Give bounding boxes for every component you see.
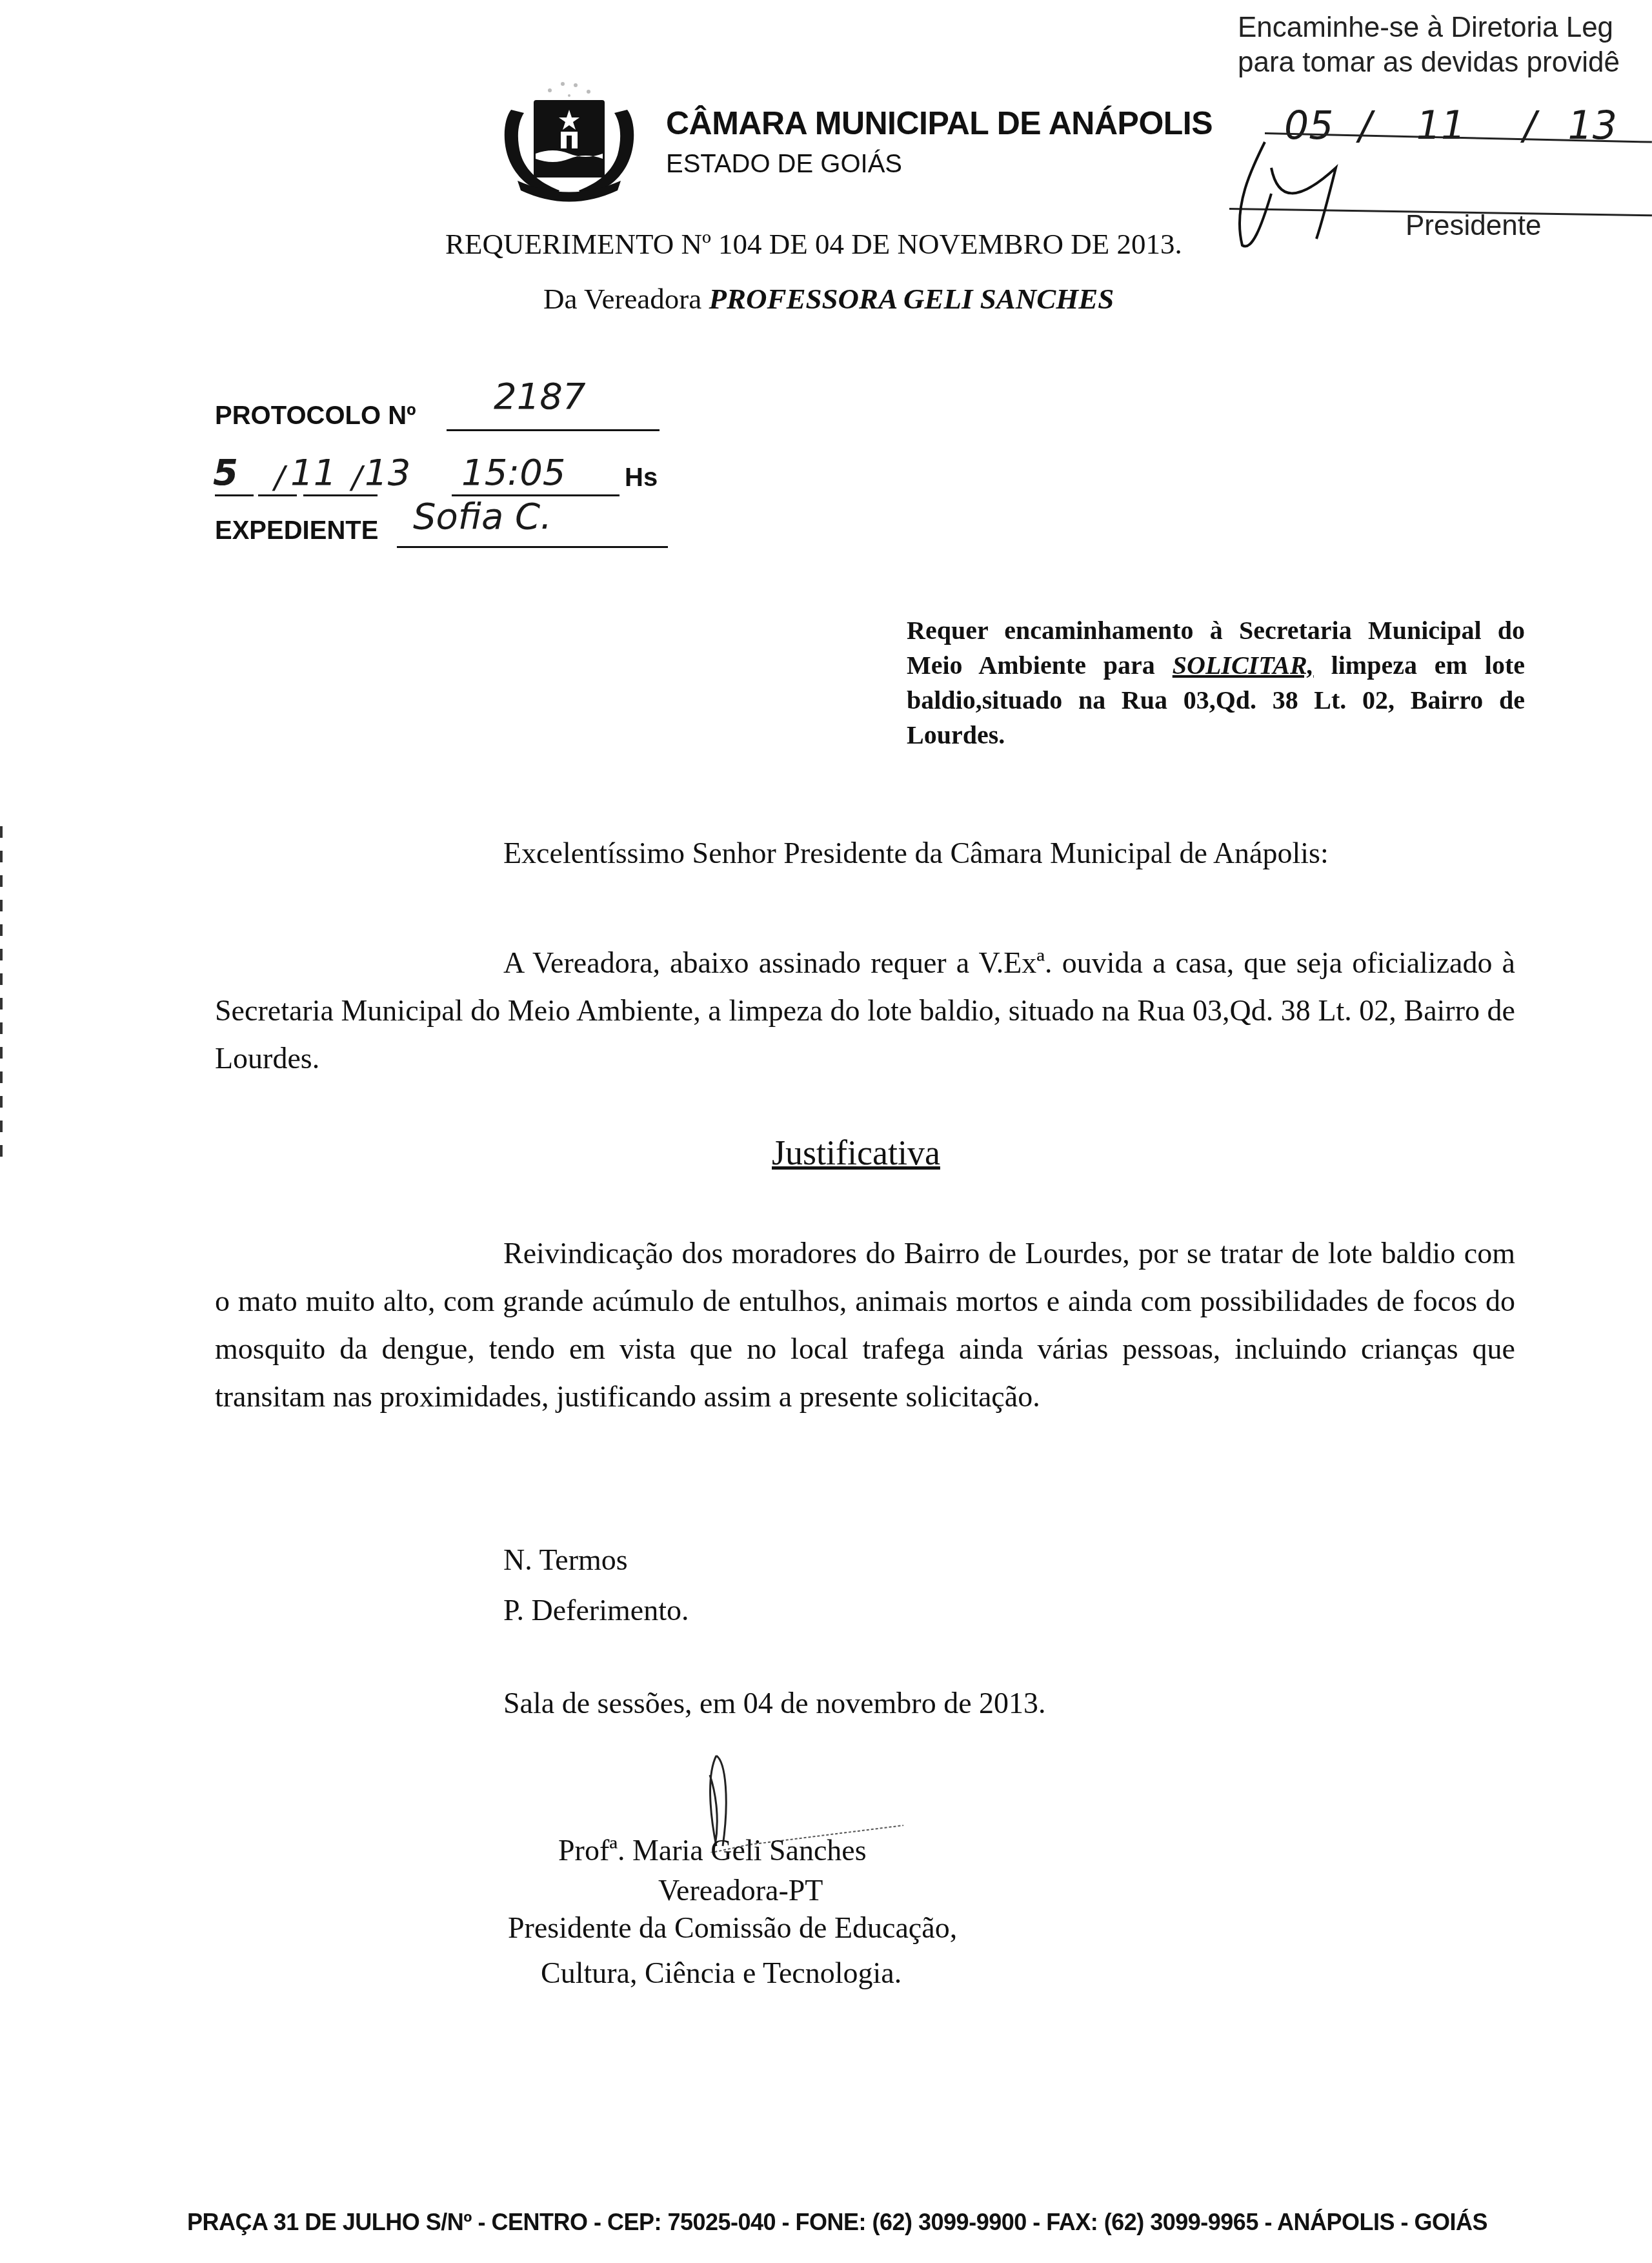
president-signature-icon [1226,129,1394,258]
stamp-role-label: Presidente [1405,210,1541,242]
greeting: Excelentíssimo Senhor Presidente da Câma… [503,836,1329,870]
document-title: REQUERIMENTO Nº 104 DE 04 DE NOVEMBRO DE… [445,227,1182,261]
author-prefix: Da Vereadora [543,283,709,315]
protocol-time-value: 15:05 [461,452,565,494]
protocol-date-day: 5 [213,452,238,494]
expediente-value: Sofia C. [413,496,552,538]
expediente-label: EXPEDIENTE [215,516,378,545]
author-name: PROFESSORA GELI SANCHES [709,283,1114,315]
organization-name: CÂMARA MUNICIPAL DE ANÁPOLIS [666,105,1213,142]
signatory-name: Profª. Maria Geli Sanches [558,1833,867,1867]
protocol-date-line-day [215,494,254,496]
protocol-date-sep2: / [352,460,362,496]
protocol-number-value: 2187 [494,376,586,418]
dispatch-stamp-line2: para tomar as devidas providê [1238,46,1620,79]
coat-of-arms-logo [498,65,640,213]
footer-address: PRAÇA 31 DE JULHO S/Nº - CENTRO - CEP: 7… [187,2209,1487,2236]
expediente-line [397,546,668,548]
closing-deferment: P. Deferimento. [503,1593,689,1627]
dispatch-date-month: 11 [1416,103,1466,148]
ementa-emphasis: SOLICITAR, [1173,651,1314,680]
signatory-role: Vereadora-PT [658,1873,823,1907]
coat-of-arms-icon [498,65,640,213]
justification-paragraph: Reivindicação dos moradores do Bairro de… [215,1230,1515,1421]
protocol-time-suffix: Hs [625,463,658,492]
justification-title: Justificativa [772,1133,940,1173]
protocol-date-month: 11 [290,452,336,494]
protocol-date-sep1: / [274,460,285,496]
scan-edge-marks [0,826,3,1162]
protocol-number-label: PROTOCOLO Nº [215,401,416,431]
protocol-date-line-month [258,494,297,496]
protocol-date-year: 13 [365,452,410,494]
protocol-date-line-year [303,494,378,496]
signatory-position-line2: Cultura, Ciência e Tecnologia. [541,1956,902,1990]
dispatch-stamp-line1: Encaminhe-se à Diretoria Leg [1238,12,1613,44]
signatory-position-line1: Presidente da Comissão de Educação, [508,1911,957,1945]
closing-place-date: Sala de sessões, em 04 de novembro de 20… [503,1686,1046,1720]
request-paragraph: A Vereadora, abaixo assinado requer a V.… [215,939,1515,1082]
document-author: Da Vereadora PROFESSORA GELI SANCHES [543,282,1114,316]
protocol-number-line [447,429,660,431]
organization-state: ESTADO DE GOIÁS [666,150,902,179]
closing-terms: N. Termos [503,1543,628,1577]
ementa-summary: Requer encaminhamento à Secretaria Munic… [907,613,1525,753]
